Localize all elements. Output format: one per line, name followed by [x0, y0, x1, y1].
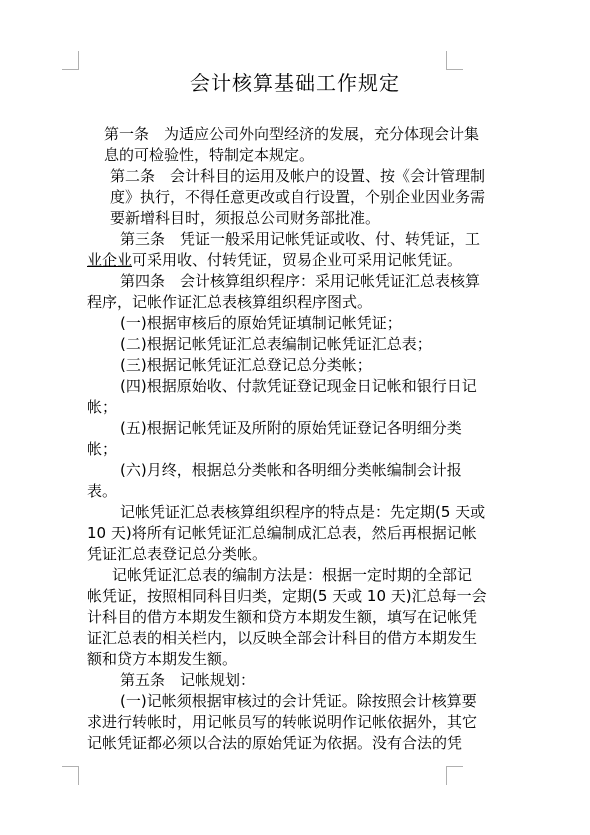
line-text: 证汇总表的相关栏内，以反映全部会计科目的借方本期发生 [87, 629, 477, 647]
document-title: 会计核算基础工作规定 [0, 70, 590, 96]
line-text: (五)根据记帐凭证及所附的原始凭证登记各明细分类 [120, 419, 462, 437]
margin-corner-top-right [446, 51, 463, 70]
line-text: 记帐凭证汇总表核算组织程序的特点是：先定期(5 天或 [120, 503, 485, 521]
line-text: (一)记帐须根据审核过的会计凭证。除按照会计核算要 [120, 692, 477, 710]
text-line: 额和贷方本期发生额。 [87, 649, 237, 670]
text-line: (四)根据原始收、付款凭证登记现金日记帐和银行日记 [120, 376, 477, 397]
line-text: 凭证汇总表登记总分类帐。 [87, 545, 267, 563]
text-line: 记帐凭证都必须以合法的原始凭证为依据。没有合法的凭 [87, 733, 462, 754]
line-text: 第二条 会计科目的运用及帐户的设置、按《会计管理制 [110, 167, 485, 185]
line-text: (六)月终，根据总分类帐和各明细分类帐编制会计报 [120, 461, 462, 479]
text-line: (六)月终，根据总分类帐和各明细分类帐编制会计报 [120, 460, 462, 481]
text-line: 第二条 会计科目的运用及帐户的设置、按《会计管理制 [110, 166, 485, 187]
text-line: 帐； [87, 439, 117, 460]
line-text: (二)根据记帐凭证汇总表编制记帐凭证汇总表； [120, 335, 432, 353]
line-text: 息的可检验性，特制定本规定。 [104, 146, 314, 164]
text-line: 证汇总表的相关栏内，以反映全部会计科目的借方本期发生 [87, 628, 477, 649]
text-line: 业企业可采用收、付转凭证，贸易企业可采用记帐凭证。 [87, 250, 462, 271]
text-line: 求进行转帐时，用记帐员写的转帐说明作记帐依据外，其它 [87, 712, 477, 733]
line-text: (四)根据原始收、付款凭证登记现金日记帐和银行日记 [120, 377, 477, 395]
margin-corner-bottom-left [62, 766, 79, 785]
text-line: 表。 [87, 481, 117, 502]
line-text: 帐凭证，按照相同科目归类，定期(5 天或 10 天)汇总每一会 [87, 587, 487, 605]
margin-corner-bottom-right [446, 766, 463, 785]
line-text: 10 天)将所有记帐凭证汇总编制成汇总表，然后再根据记帐 [87, 524, 477, 542]
text-line: (一)根据审核后的原始凭证填制记帐凭证； [120, 313, 402, 334]
text-line: (五)根据记帐凭证及所附的原始凭证登记各明细分类 [120, 418, 462, 439]
text-line: 第三条 凭证一般采用记帐凭证或收、付、转凭证，工 [120, 229, 480, 250]
line-text: 帐； [87, 440, 117, 458]
text-line: 10 天)将所有记帐凭证汇总编制成汇总表，然后再根据记帐 [87, 523, 477, 544]
line-text: 度》执行，不得任意更改或自行设置，个别企业因业务需 [110, 188, 485, 206]
line-text: 记帐凭证汇总表的编制方法是：根据一定时期的全部记 [112, 566, 472, 584]
line-text: 第四条 会计核算组织程序：采用记帐凭证汇总表核算 [120, 272, 480, 290]
text-line: (三)根据记帐凭证汇总登记总分类帐； [120, 355, 372, 376]
line-text: 程序，记帐作证汇总表核算组织程序图式。 [87, 293, 372, 311]
text-line: 度》执行，不得任意更改或自行设置，个别企业因业务需 [110, 187, 485, 208]
line-text: (一)根据审核后的原始凭证填制记帐凭证； [120, 314, 402, 332]
line-text: 记帐凭证都必须以合法的原始凭证为依据。没有合法的凭 [87, 734, 462, 752]
line-text: 帐； [87, 398, 117, 416]
line-text: 第一条 为适应公司外向型经济的发展，充分体现会计集 [104, 125, 479, 143]
text-line: 程序，记帐作证汇总表核算组织程序图式。 [87, 292, 372, 313]
text-line: 息的可检验性，特制定本规定。 [104, 145, 314, 166]
line-text: 求进行转帐时，用记帐员写的转帐说明作记帐依据外，其它 [87, 713, 477, 731]
text-line: 帐凭证，按照相同科目归类，定期(5 天或 10 天)汇总每一会 [87, 586, 487, 607]
margin-corner-top-left [62, 51, 79, 70]
text-line: 计科目的借方本期发生额和贷方本期发生额，填写在记帐凭 [87, 607, 477, 628]
line-text: 第五条 记帐规划： [120, 671, 255, 689]
text-line: (一)记帐须根据审核过的会计凭证。除按照会计核算要 [120, 691, 477, 712]
line-text: 要新增科目时，须报总公司财务部批准。 [110, 209, 380, 227]
line-text: 第三条 凭证一般采用记帐凭证或收、付、转凭证，工 [120, 230, 480, 248]
text-line: (二)根据记帐凭证汇总表编制记帐凭证汇总表； [120, 334, 432, 355]
line-text: 计科目的借方本期发生额和贷方本期发生额，填写在记帐凭 [87, 608, 477, 626]
underlined-text: 业企业 [87, 251, 132, 269]
text-line: 第四条 会计核算组织程序：采用记帐凭证汇总表核算 [120, 271, 480, 292]
text-line: 第一条 为适应公司外向型经济的发展，充分体现会计集 [104, 124, 479, 145]
line-text: 可采用收、付转凭证，贸易企业可采用记帐凭证。 [132, 251, 462, 269]
line-text: 表。 [87, 482, 117, 500]
text-line: 凭证汇总表登记总分类帐。 [87, 544, 267, 565]
text-line: 记帐凭证汇总表的编制方法是：根据一定时期的全部记 [112, 565, 472, 586]
line-text: (三)根据记帐凭证汇总登记总分类帐； [120, 356, 372, 374]
text-line: 第五条 记帐规划： [120, 670, 255, 691]
text-line: 记帐凭证汇总表核算组织程序的特点是：先定期(5 天或 [120, 502, 485, 523]
text-line: 要新增科目时，须报总公司财务部批准。 [110, 208, 380, 229]
text-line: 帐； [87, 397, 117, 418]
line-text: 额和贷方本期发生额。 [87, 650, 237, 668]
